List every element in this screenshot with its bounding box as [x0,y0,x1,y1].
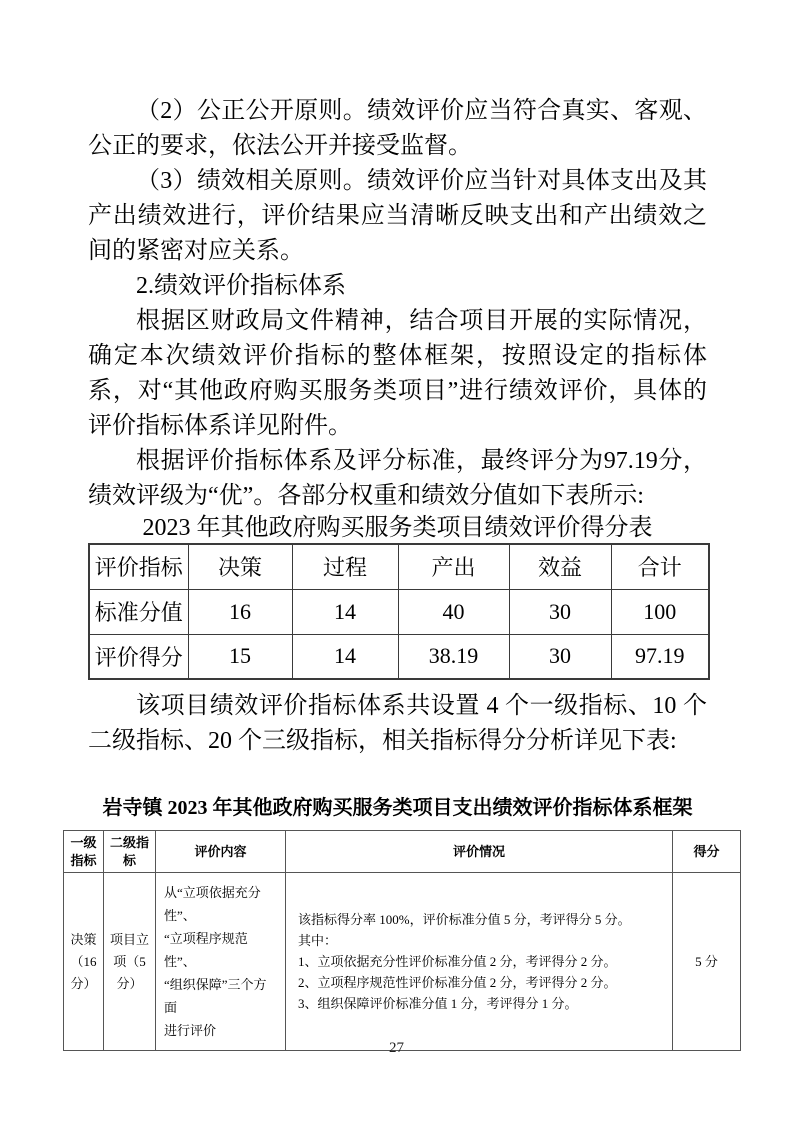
score-header-indicator: 评价指标 [89,544,188,589]
score-header-process: 过程 [292,544,398,589]
cell-value: 30 [509,589,611,634]
score-table-row-standard: 标准分值 16 14 40 30 100 [89,589,709,634]
paragraph-indicator-counts: 该项目绩效评价指标体系共设置 4 个一级指标、10 个二级指标、20 个三级指标… [88,689,707,759]
framework-header-row: 一级 指标 二级指 标 评价内容 评价情况 得分 [64,831,741,873]
score-table-title: 2023 年其他政府购买服务类项目绩效评价得分表 [88,514,707,543]
cell-evaluation-situation: 该指标得分率 100%，评价标准分值 5 分，考评得分 5 分。 其中： 1、立… [286,873,673,1051]
paragraph-framework: 根据区财政局文件精神，结合项目开展的实际情况，确定本次绩效评价指标的整体框架，按… [88,304,707,444]
cell-value: 40 [398,589,509,634]
page-content-lower: 该项目绩效评价指标体系共设置 4 个一级指标、10 个二级指标、20 个三级指标… [0,689,793,821]
score-table-row-score: 评价得分 15 14 38.19 30 97.19 [89,634,709,679]
paragraph-final-score: 根据评价指标体系及评分标准，最终评分为97.19分，绩效评级为“优”。各部分权重… [88,444,707,514]
row-label: 评价得分 [89,634,188,679]
score-table: 评价指标 决策 过程 产出 效益 合计 标准分值 16 14 40 30 100… [88,543,710,680]
framework-header-level1: 一级 指标 [64,831,104,873]
row-label: 标准分值 [89,589,188,634]
cell-level1-indicator: 决策 （16 分） [64,873,104,1051]
score-header-output: 产出 [398,544,509,589]
framework-header-level2: 二级指 标 [104,831,156,873]
score-header-benefit: 效益 [509,544,611,589]
document-page: （2）公正公开原则。绩效评价应当符合真实、客观、公正的要求，依法公开并接受监督。… [0,0,793,1122]
score-table-header-row: 评价指标 决策 过程 产出 效益 合计 [89,544,709,589]
cell-value: 30 [509,634,611,679]
score-header-decision: 决策 [188,544,292,589]
paragraph-principle-3: （3）绩效相关原则。绩效评价应当针对具体支出及其产出绩效进行，评价结果应当清晰反… [88,164,707,269]
cell-value: 100 [611,589,709,634]
page-number: 27 [0,1040,793,1057]
section-heading-indicator-system: 2.绩效评价指标体系 [88,269,707,304]
cell-value: 16 [188,589,292,634]
framework-header-content: 评价内容 [156,831,286,873]
cell-value: 14 [292,589,398,634]
cell-score: 5 分 [673,873,741,1051]
framework-data-row: 决策 （16 分） 项目立 项（5 分） 从“立项依据充分性”、 “立项程序规范… [64,873,741,1051]
cell-level2-indicator: 项目立 项（5 分） [104,873,156,1051]
cell-value: 14 [292,634,398,679]
cell-value: 38.19 [398,634,509,679]
score-header-total: 合计 [611,544,709,589]
framework-header-situation: 评价情况 [286,831,673,873]
framework-header-score: 得分 [673,831,741,873]
cell-value: 15 [188,634,292,679]
cell-value: 97.19 [611,634,709,679]
page-content: （2）公正公开原则。绩效评价应当符合真实、客观、公正的要求，依法公开并接受监督。… [0,0,793,543]
paragraph-principle-2: （2）公正公开原则。绩效评价应当符合真实、客观、公正的要求，依法公开并接受监督。 [88,94,707,164]
framework-table-title: 岩寺镇 2023 年其他政府购买服务类项目支出绩效评价指标体系框架 [88,795,707,821]
cell-evaluation-content: 从“立项依据充分性”、 “立项程序规范性”、 “组织保障”三个方面 进行评价 [156,873,286,1051]
framework-table: 一级 指标 二级指 标 评价内容 评价情况 得分 决策 （16 分） 项目立 项… [63,830,741,1051]
